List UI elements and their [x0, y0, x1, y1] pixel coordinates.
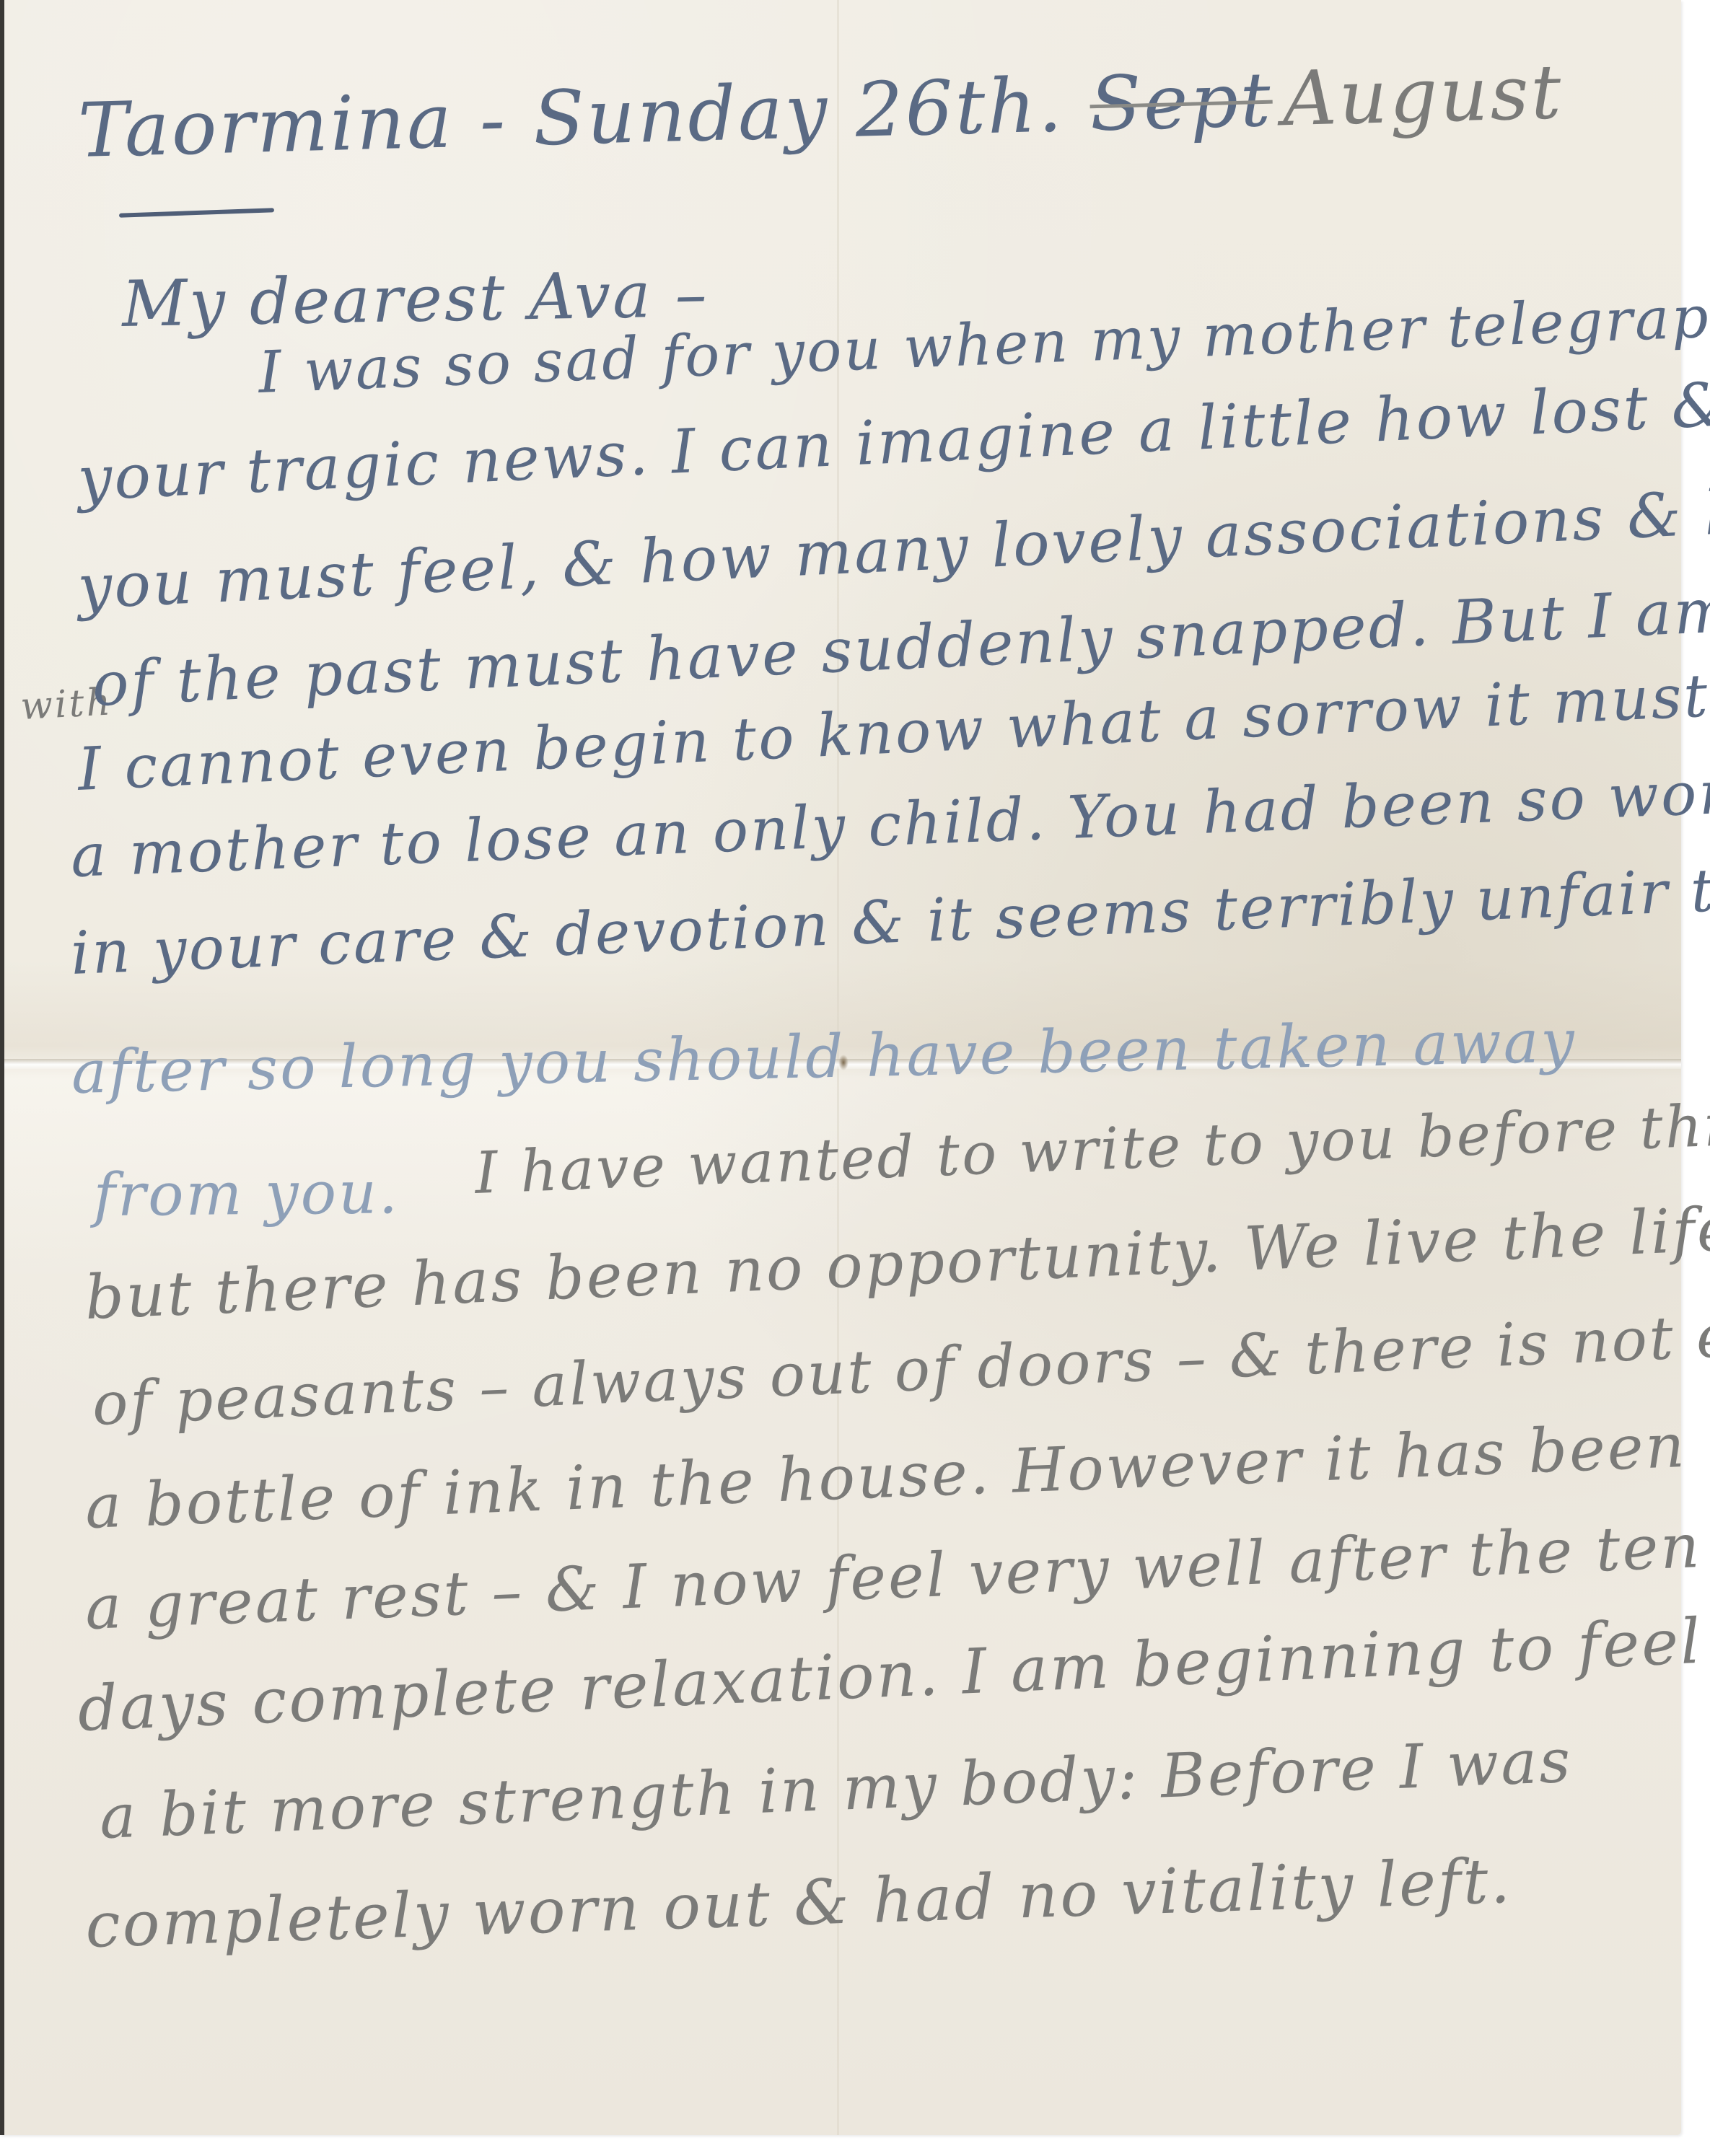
heading-place: Taormina [77, 76, 455, 175]
body-line: after so long you should have been taken… [71, 1007, 1577, 1107]
heading-dot: . [1037, 60, 1091, 149]
body-line: I have wanted to write to you before thi… [473, 1091, 1710, 1207]
body-line: a bit more strength in my body: Before I… [98, 1725, 1574, 1852]
body-line: completely worn out & had no vitality le… [84, 1845, 1513, 1962]
letter-heading: Taormina - Sunday 26th. SeptAugust [77, 48, 1564, 175]
heading-month: August [1281, 48, 1564, 143]
heading-crossed-out-month: Sept [1089, 56, 1273, 149]
heading-separator: - [452, 75, 534, 165]
heading-underline [119, 208, 274, 217]
body-line: from you. [93, 1158, 400, 1230]
heading-day: Sunday 26th [532, 61, 1039, 162]
letter-page: Taormina - Sunday 26th. SeptAugust My de… [0, 0, 1681, 2135]
